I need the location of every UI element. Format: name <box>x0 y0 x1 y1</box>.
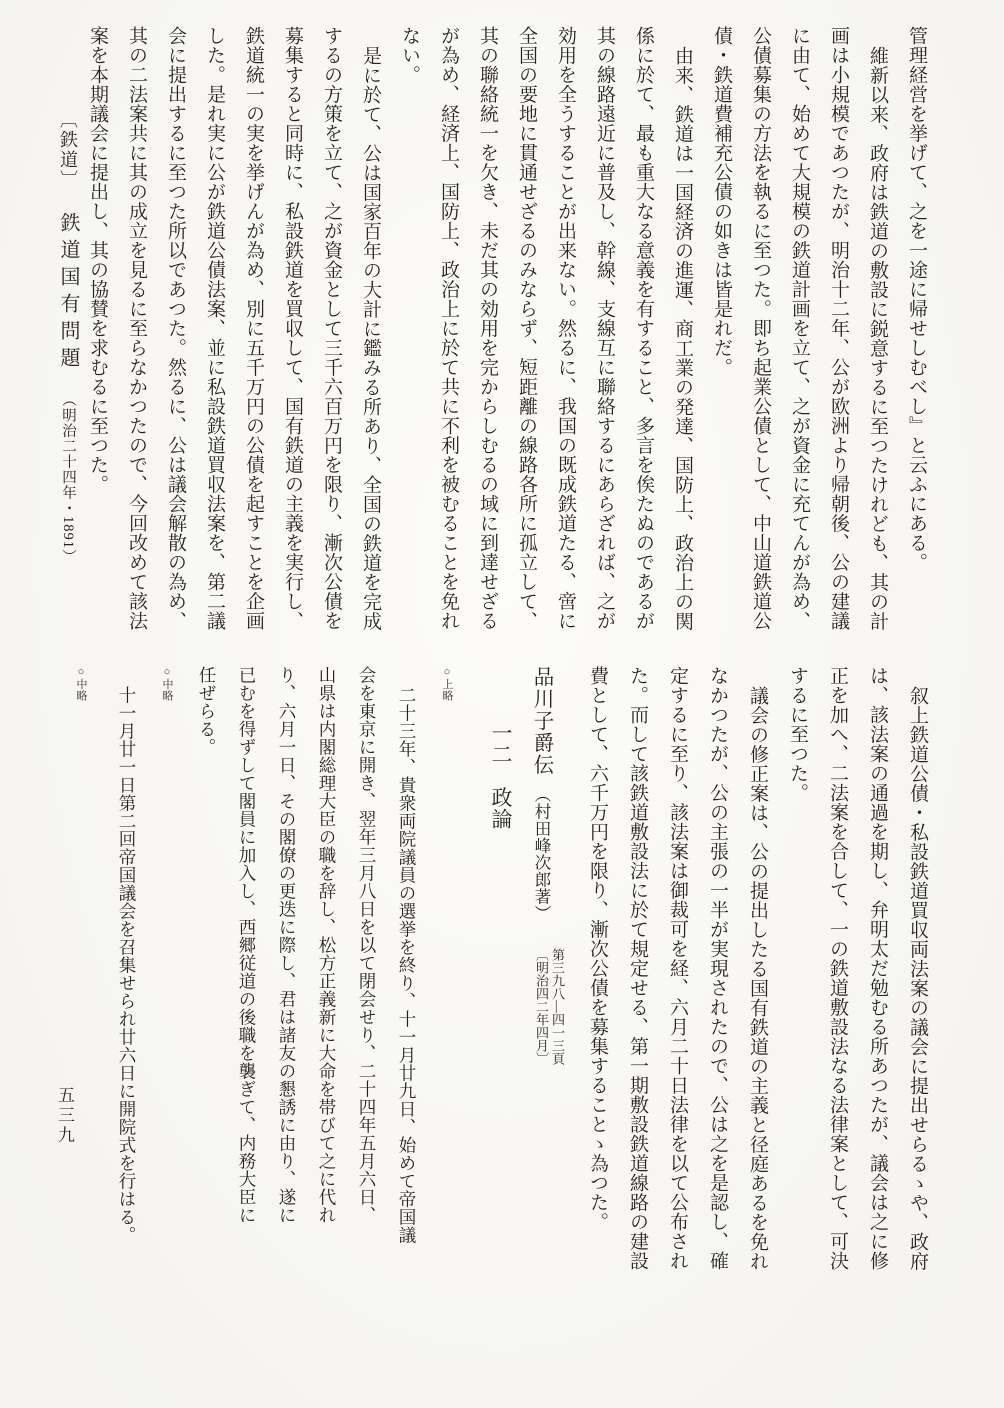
text-column: 係に於て、最も重大なる意義を有すること、多言を俟たぬのであるが <box>624 26 663 666</box>
text-column: 費として、六千万円を限り、漸次公債を募集することゝ為つた。 <box>577 666 617 1302</box>
text-column: 鉄道統一の実を挙げんが為め、別に五千万円の公債を起すことを企画 <box>234 26 273 666</box>
citation-column: 品川子爵伝（村田峰次郎著）第三九八―四一三頁〔明治四二年四月〕 <box>521 666 565 1302</box>
text-column: 十一月廿一日第二回帝国議会を召集せられ廿六日に開院式を行はる。 <box>107 666 147 1302</box>
text-column: 管理経営を挙げて、之を一途に帰せしむべし』と云ふにある。 <box>897 26 936 666</box>
text-column: 叙上鉄道公債・私設鉄道買収両法案の議会に提出せらるゝや、政府 <box>897 666 937 1302</box>
text-column: 二十三年、貴衆両院議員の選挙を終り、十一月廿九日、始めて帝国議 <box>387 666 427 1302</box>
top-text-block: 管理経営を挙げて、之を一途に帰せしむべし』と云ふにある。 維新以来、政府は鉄道の… <box>78 26 936 666</box>
text-column: 会を東京に開き、翌年三月八日を以て閉会せり、二十四年五月六日、 <box>347 666 387 1302</box>
text-column: ない。 <box>390 26 429 666</box>
bottom-text-block: 叙上鉄道公債・私設鉄道買収両法案の議会に提出せらるゝや、政府 は、該法案の通過を… <box>61 666 937 1302</box>
running-head-title: 鉄道国有問題 <box>57 212 79 374</box>
text-column: 効用を全うすることが出来ない。然るに、我国の既成鉄道たる、啻に <box>546 26 585 666</box>
text-column: 其の二法案共に其の成立を見るに至らなかつたので、今回改めて該法 <box>117 26 156 666</box>
text-column: 議会の修正案は、公の提出したる国有鉄道の主義と径庭あるを免れ <box>737 666 777 1302</box>
text-column: 公債募集の方法を執るに至つた。即ち起業公債として、中山道鉄道公 <box>741 26 780 666</box>
text-column: 画は小規模であつたが、明治十二年、公が欧洲より帰朝後、公の建議 <box>819 26 858 666</box>
section-heading: 一二 政論 <box>481 666 521 1302</box>
text-column: 債・鉄道費補充公債の如きは皆是れだ。 <box>702 26 741 666</box>
text-column: 已むを得ずして閣員に加入し、西郷従道の後職を襲ぎて、内務大臣に <box>227 666 267 1302</box>
text-column: するに至つた。 <box>777 666 817 1302</box>
text-column: した。是れ実に公が鉄道公債法案、並に私設鉄道買収法案を、第二議 <box>195 26 234 666</box>
text-column: は、該法案の通過を期し、弁明太だ勉むる所あつたが、議会は之に修 <box>857 666 897 1302</box>
text-column: 正を加へ、二法案を合して、一の鉄道敷設法なる法律案として、可決 <box>817 666 857 1302</box>
text-column: 山県は内閣総理大臣の職を辞し、松方正義新に大命を帯びて之に代れ <box>307 666 347 1302</box>
citation-date: 〔明治四二年四月〕 <box>533 948 549 1065</box>
running-head-date: （明治二十四年・1891） <box>60 392 76 565</box>
text-column: なかつたが、公の主張の一半が実現されたので、公は之を是認し、確 <box>697 666 737 1302</box>
text-column: 会に提出するに至つた所以であつた。然るに、公は議会解散の為め、 <box>156 26 195 666</box>
omission-marker-end: ○中略 <box>61 666 101 1302</box>
text-column: が為め、経済上、国防上、政治上に於て共に不利を被むることを免れ <box>429 26 468 666</box>
text-column: た。而して該鉄道敷設法に於て規定せる、第一期敷設鉄道線路の建設 <box>617 666 657 1302</box>
text-column: 維新以来、政府は鉄道の敷設に鋭意するに至つたけれども、其の計 <box>858 26 897 666</box>
text-column: 由来、鉄道は一国経済の進運、商工業の発達、国防上、政治上の関 <box>663 26 702 666</box>
book-page: 管理経営を挙げて、之を一途に帰せしむべし』と云ふにある。 維新以来、政府は鉄道の… <box>0 0 1004 1408</box>
text-column: 定するに至り、該法案は御裁可を経、六月二十日法律を以て公布され <box>657 666 697 1302</box>
omission-marker-middle: ○中略 <box>147 666 187 1302</box>
citation-pages: 第三九八―四一三頁 <box>549 948 565 1065</box>
citation-title: 品川子爵伝 <box>530 666 552 776</box>
text-column: するの方策を立て、之が資金として三千六百万円を限り、漸次公債を <box>312 26 351 666</box>
text-column: 其の聯絡統一を欠き、未だ其の効用を完からしむるの域に到達せざる <box>468 26 507 666</box>
citation-author: （村田峰次郎著） <box>532 786 551 922</box>
text-column: 其の線路遠近に普及し、幹線、支線互に聯絡するにあらざれば、之が <box>585 26 624 666</box>
text-column: 募集すると同時に、私設鉄道を買収して、国有鉄道の主義を実行し、 <box>273 26 312 666</box>
text-column: に由て、始めて大規模の鉄道計画を立て、之が資金に充てんが為め、 <box>780 26 819 666</box>
citation-note: 第三九八―四一三頁〔明治四二年四月〕 <box>533 948 565 1065</box>
text-column: 全国の要地に貫通せざるのみならず、短距離の線路各所に孤立して、 <box>507 26 546 666</box>
text-column: り、六月一日、その閣僚の更迭に際し、君は諸友の懇誘に由り、遂に <box>267 666 307 1302</box>
running-head-category: 〔鉄道〕 <box>58 110 78 190</box>
text-column: 是に於て、公は国家百年の大計に鑑みる所あり、全国の鉄道を完成 <box>351 26 390 666</box>
text-column: 任ぜらる。 <box>187 666 227 1302</box>
page-number: 五三九 <box>52 1086 77 1176</box>
omission-marker-top: ○上略 <box>427 666 467 1302</box>
running-head: 〔鉄道〕鉄道国有問題（明治二十四年・1891） <box>49 110 87 670</box>
